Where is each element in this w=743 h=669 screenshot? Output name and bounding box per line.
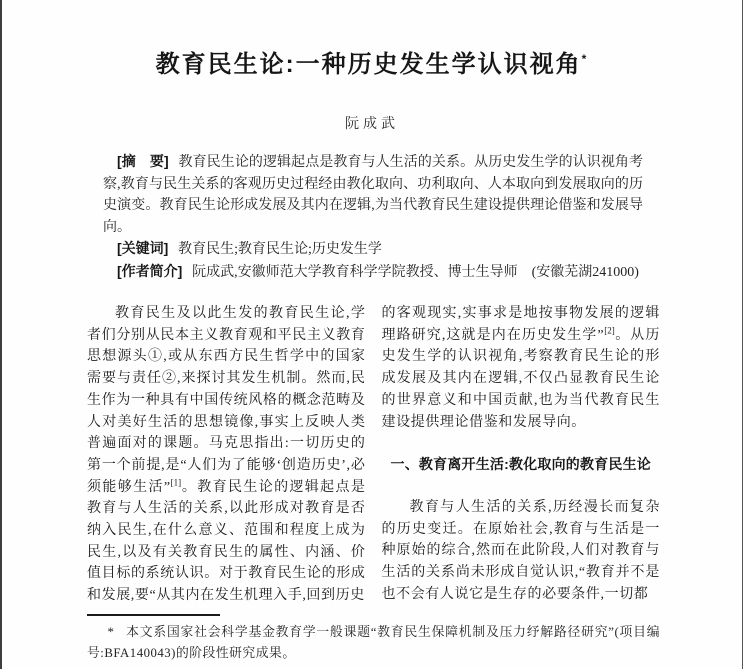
footnote-block: *本文系国家社会科学基金教育学一般课题“教育民生保障机制及压力纾解路径研究”(项… <box>87 614 660 664</box>
title-footnote-marker: * <box>582 52 589 66</box>
author-name: 阮成武 <box>2 113 742 133</box>
author-bio-line: [作者简介]阮成武,安徽师范大学教育科学学院教授、博士生导师 (安徽芜湖2410… <box>103 261 643 284</box>
author-bio-label: [作者简介] <box>117 263 182 279</box>
body-paragraph-2: 教育与人生活的关系,历经漫长而复杂的历史变迁。在原始社会,教育与生活是一种原始的… <box>382 497 661 606</box>
footnote-marker: * <box>107 625 114 639</box>
author-bio-text: 阮成武,安徽师范大学教育科学学院教授、博士生导师 (安徽芜湖241000) <box>192 265 639 280</box>
article-title: 教育民生论:一种历史发生学认识视角* <box>2 44 742 79</box>
abstract-text: 教育民生论的逻辑起点是教育与人生活的关系。从历史发生学的认识视角考察,教育与民生… <box>103 155 643 235</box>
keywords-label: [关键词] <box>117 240 168 256</box>
footnote-line: *本文系国家社会科学基金教育学一般课题“教育民生保障机制及压力纾解路径研究”(项… <box>87 622 660 664</box>
article-title-text: 教育民生论:一种历史发生学认识视角 <box>156 51 582 78</box>
left-column: 教育民生及以此生发的教育民生论,学者们分别从民本主义教育观和平民主义教育思想源头… <box>87 303 366 607</box>
abstract-paragraph: [摘 要]教育民生论的逻辑起点是教育与人生活的关系。从历史发生学的认识视角考察,… <box>103 151 643 238</box>
footnote-separator-line <box>87 614 220 616</box>
body-paragraph-1: 教育民生及以此生发的教育民生论,学者们分别从民本主义教育观和平民主义教育思想源头… <box>87 303 366 607</box>
section-heading: 一、教育离开生活:教化取向的教育民生论 <box>382 454 661 476</box>
page: 教育民生论:一种历史发生学认识视角* 阮成武 [摘 要]教育民生论的逻辑起点是教… <box>0 0 743 669</box>
body-columns: 教育民生及以此生发的教育民生论,学者们分别从民本主义教育观和平民主义教育思想源头… <box>87 303 660 607</box>
abstract-label: [摘 要] <box>117 153 169 169</box>
right-column: 的客观现实,实事求是地按事物发展的逻辑理路研究,这就是内在历史发生学”[2]。从… <box>382 303 661 607</box>
body-paragraph-1-continued: 的客观现实,实事求是地按事物发展的逻辑理路研究,这就是内在历史发生学”[2]。从… <box>382 303 661 433</box>
keywords-text: 教育民生;教育民生论;历史发生学 <box>178 242 382 257</box>
keywords-line: [关键词]教育民生;教育民生论;历史发生学 <box>103 238 643 261</box>
footnote-text: 本文系国家社会科学基金教育学一般课题“教育民生保障机制及压力纾解路径研究”(项目… <box>87 625 660 660</box>
abstract-block: [摘 要]教育民生论的逻辑起点是教育与人生活的关系。从历史发生学的认识视角考察,… <box>103 151 643 283</box>
